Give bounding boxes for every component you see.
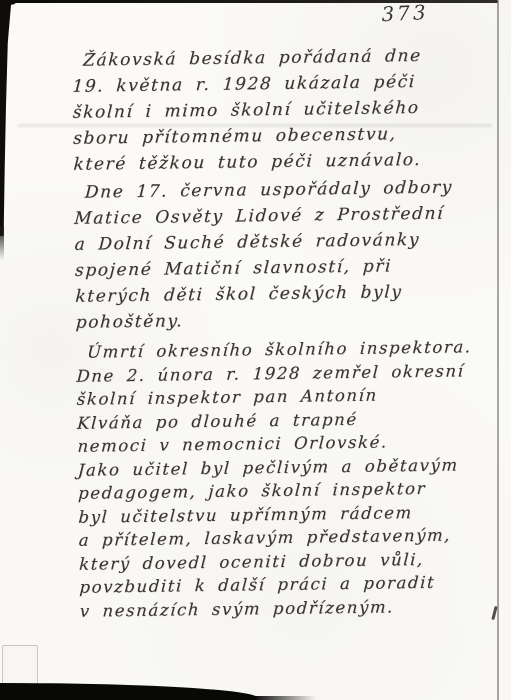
page-number: 373 — [381, 0, 429, 26]
scanned-page: 373 Žákovská besídka pořádaná dne 19. kv… — [0, 0, 511, 700]
paragraph-zakovska-besidka: Žákovská besídka pořádaná dne 19. května… — [72, 42, 484, 178]
paragraph-umrti-inspektora: Úmrtí okresního školního inspektora. Dne… — [76, 335, 490, 623]
handwritten-line: pohoštěny. — [75, 304, 486, 336]
handwritten-line: které těžkou tuto péči uznávalo. — [73, 146, 484, 178]
handwritten-line: v nesnázích svým podřízeným. — [79, 594, 490, 623]
handwriting-content: 373 Žákovská besídka pořádaná dne 19. kv… — [0, 0, 511, 700]
paragraph-radovanky: Dne 17. června uspořádaly odbory Matice … — [74, 174, 486, 336]
